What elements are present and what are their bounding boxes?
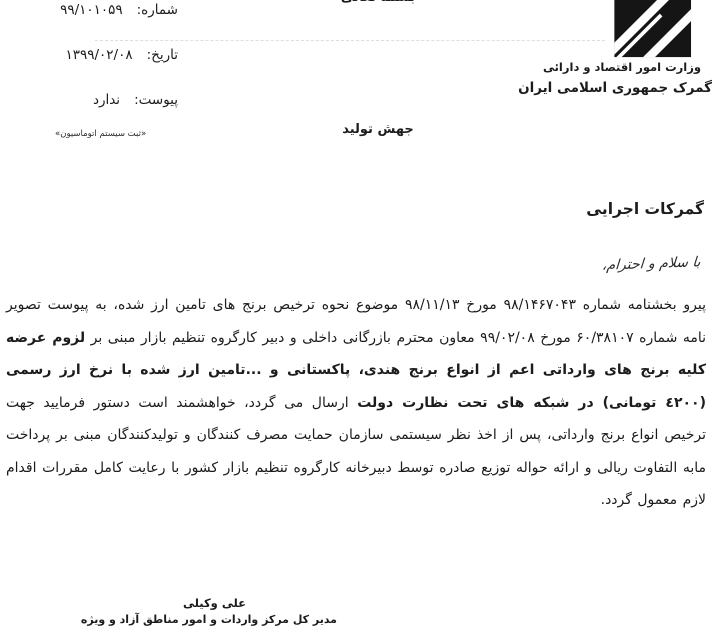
signature-name: علی وکیلی (92, 596, 337, 610)
recipient-heading: گمرکات اجرایی (586, 200, 704, 218)
letter-attachment-label: پیوست: (134, 92, 178, 108)
letter-attachment-value: ندارد (93, 92, 120, 108)
body-segment-3: ارسال می گردد، خواهشمند است دستور فرمایی… (6, 395, 706, 509)
scan-artifact-line (95, 40, 605, 41)
letter-number-value: ۹۹/۱۰۱۰۵۹ (60, 2, 123, 18)
letter-body: پیرو بخشنامه شماره ۹۸/۱۴۶۷۰۴۳ مورخ ۹۸/۱۱… (6, 289, 706, 517)
org-name-block: وزارت امور اقتصاد و دارائی گمرک جمهوری ا… (532, 60, 712, 96)
letter-date-row: تاریخ: ۱۳۹۹/۰۲/۰۸ (8, 45, 178, 90)
year-slogan: جهش تولید (323, 122, 433, 137)
body-segment-1: پیرو بخشنامه شماره ۹۸/۱۴۶۷۰۴۳ مورخ ۹۸/۱۱… (6, 297, 706, 346)
letterhead-meta: شماره: ۹۹/۱۰۱۰۵۹ تاریخ: ۱۳۹۹/۰۲/۰۸ پیوست… (8, 0, 178, 135)
salutation-handwriting: با سلام و احترام، (602, 254, 702, 273)
letter-date-value: ۱۳۹۹/۰۲/۰۸ (65, 47, 132, 63)
scanned-letter-page: شماره: ۹۹/۱۰۱۰۵۹ تاریخ: ۱۳۹۹/۰۲/۰۸ پیوست… (0, 0, 714, 634)
letter-number-row: شماره: ۹۹/۱۰۱۰۵۹ (8, 0, 178, 45)
letter-date-label: تاریخ: (147, 47, 178, 63)
signature-title: مدیر کل مرکز واردات و امور مناطق آزاد و … (92, 613, 337, 626)
customs-emblem-icon (600, 0, 696, 60)
letter-number-label: شماره: (137, 2, 178, 18)
agency-name: گمرک جمهوری اسلامی ایران (532, 80, 712, 96)
besmellah-heading: بسمه تعالی (323, 0, 433, 5)
ministry-name: وزارت امور اقتصاد و دارائی (532, 60, 712, 74)
signature-block: علی وکیلی مدیر کل مرکز واردات و امور منا… (92, 596, 337, 626)
automation-registration-note: «ثبت سیستم اتوماسیون» (55, 129, 146, 139)
